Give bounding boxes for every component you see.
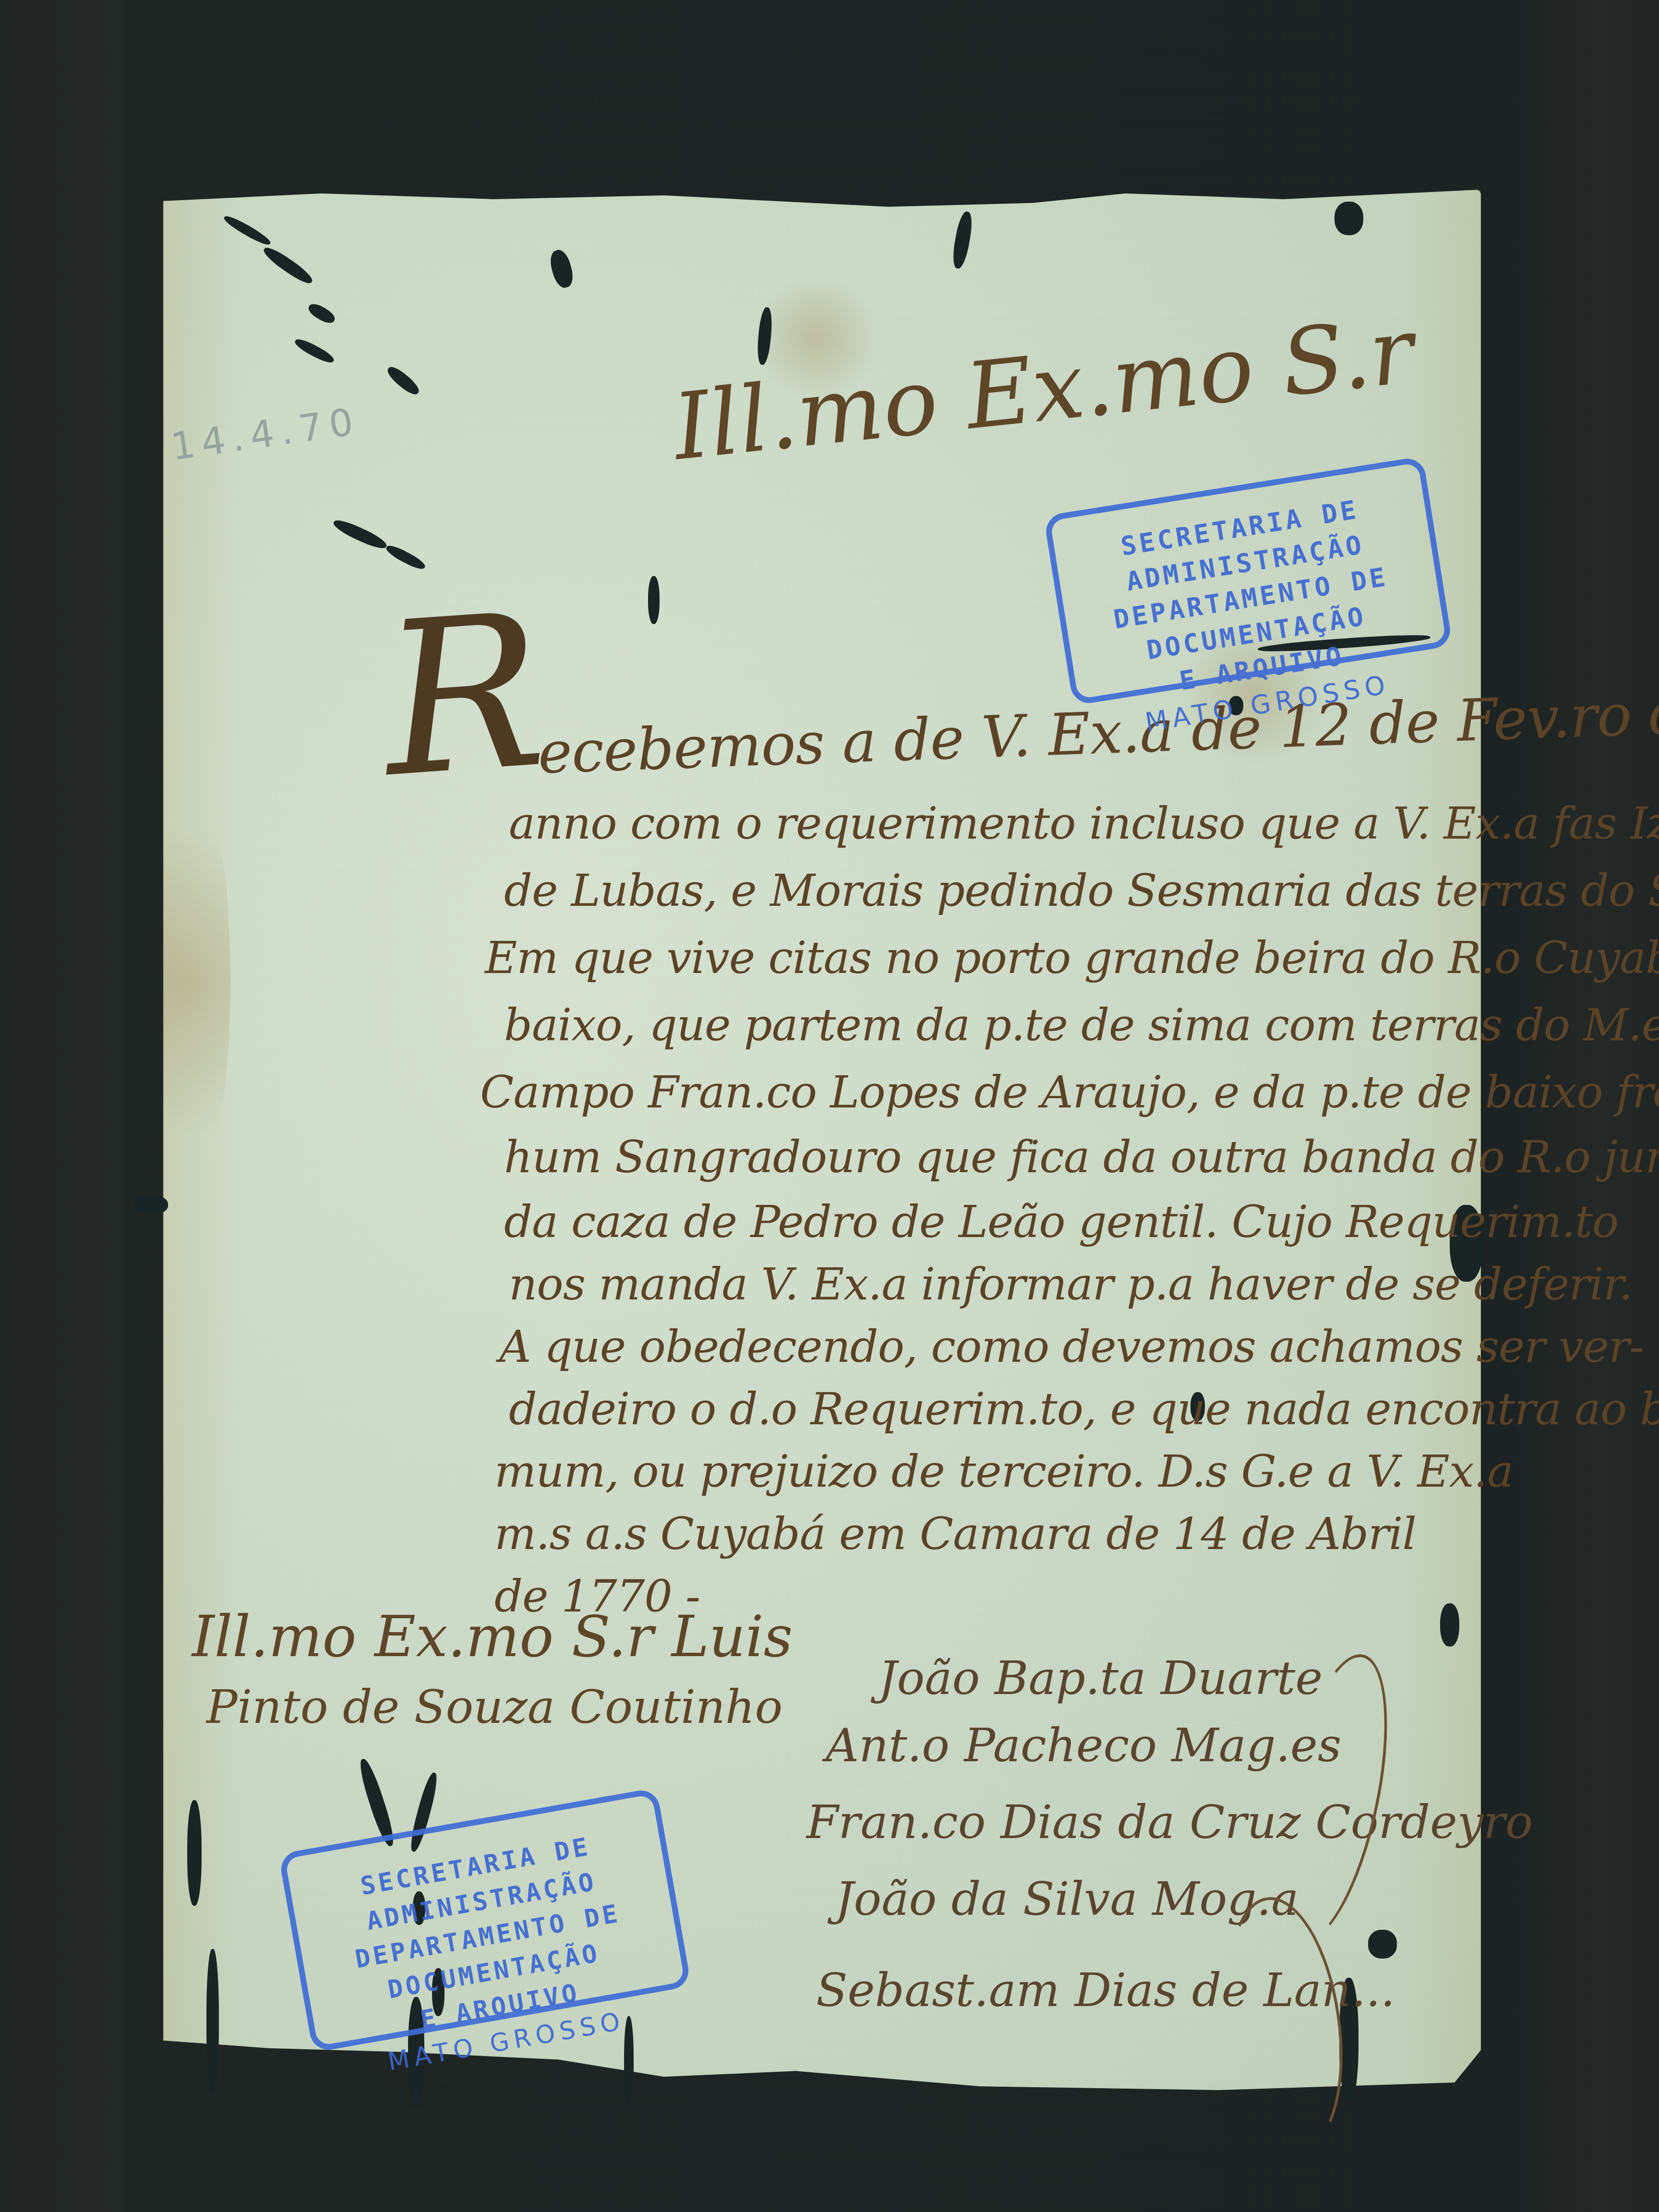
body-line: hum Sangradouro que fica da outra banda …	[504, 1135, 1659, 1179]
body-line: m.s a.s Cuyabá em Camara de 14 de Abril	[494, 1512, 1416, 1556]
body-line: de Lubas, e Morais pedindo Sesmaria das …	[504, 869, 1659, 913]
board-edge-left	[0, 0, 125, 2212]
body-line: Campo Fran.co Lopes de Araujo, e da p.te…	[480, 1070, 1659, 1115]
closing-address-line: Pinto de Souza Coutinho	[206, 1680, 782, 1734]
signature: João Bap.ta Duarte	[878, 1651, 1322, 1705]
body-line: dadeiro o d.o Requerim.to, e que nada en…	[509, 1387, 1659, 1431]
body-line: mum, ou prejuizo de terceiro. D.s G.e a …	[494, 1450, 1513, 1494]
body-line: nos manda V. Ex.a informar p.a haver de …	[509, 1262, 1633, 1307]
body-line: Em que vive citas no porto grande beira …	[485, 936, 1659, 980]
body-line: da caza de Pedro de Leão gentil. Cujo Re…	[504, 1200, 1618, 1244]
signature: João da Silva Mog.a	[835, 1872, 1298, 1926]
signature: Fran.co Dias da Cruz Cordeyro	[806, 1795, 1533, 1849]
signature: Ant.o Pacheco Mag.es	[826, 1719, 1341, 1772]
body-line: A que obedecendo, como devemos achamos s…	[499, 1325, 1644, 1369]
closing-address-line: Ill.mo Ex.mo S.r Luis	[192, 1603, 793, 1670]
decorative-initial: R	[377, 585, 550, 807]
body-line: baixo, que partem da p.te de sima com te…	[504, 1003, 1659, 1047]
body-line: anno com o requerimento incluso que a V.…	[509, 802, 1659, 846]
